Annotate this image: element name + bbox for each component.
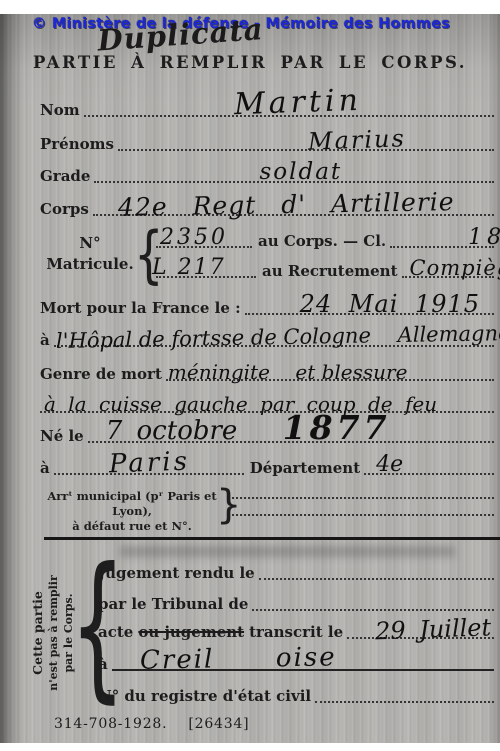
label-matricule-line2: Matricule. bbox=[42, 254, 138, 275]
field-row-matricule-corps: 2350 au Corps. — Cl. 1897 bbox=[152, 227, 494, 249]
label-grade: Grade bbox=[40, 169, 90, 184]
label-jugement: Jugement rendu le bbox=[98, 566, 255, 581]
arrondissement-brace: } bbox=[216, 486, 241, 524]
label-acte: acte bbox=[98, 625, 133, 640]
value-annee-naissance: 1877 bbox=[283, 411, 391, 444]
value-nom: Martin bbox=[233, 86, 362, 120]
label-au-recrutement: au Recrutement bbox=[262, 264, 398, 279]
label-a-naissance: à bbox=[40, 461, 50, 476]
label-matricule: N° Matricule. bbox=[42, 233, 138, 275]
side-note-line2: n'est pas à remplir bbox=[47, 558, 62, 708]
value-departement: 4e bbox=[376, 454, 403, 476]
value-lieu-transcription: Creil oise bbox=[140, 644, 337, 673]
value-lieu-naissance: Paris bbox=[108, 449, 190, 478]
field-row-transcription: acte ou jugement transcrit le 29 Juillet… bbox=[98, 618, 494, 640]
dotted-line: L 217 bbox=[156, 276, 256, 278]
dotted-line: 2350 bbox=[156, 246, 252, 248]
dotted-line: 24 Mai 1915 bbox=[245, 313, 494, 315]
dotted-line: Marius bbox=[118, 149, 494, 151]
value-date-deces: 24 Mai 1915 bbox=[300, 292, 480, 316]
value-date-naissance: 7 octobre bbox=[106, 418, 238, 444]
label-arrondissement-line1: Arrᵗ municipal (pʳ Paris et Lyon), bbox=[42, 489, 222, 519]
label-au-corps: au Corps. — Cl. bbox=[258, 234, 386, 249]
dotted-line: 7 octobre 1877 bbox=[88, 441, 494, 443]
print-reference: 314-708-1928. [26434] bbox=[54, 716, 249, 732]
field-row-lieu-naissance: à Paris Département 4e bbox=[40, 454, 494, 476]
dotted-line bbox=[232, 497, 494, 499]
field-row-prenoms: Prénoms Marius bbox=[40, 130, 494, 152]
label-arrondissement: Arrᵗ municipal (pʳ Paris et Lyon), à déf… bbox=[42, 489, 222, 534]
field-row-lieu-transcription: à Creil oise bbox=[98, 650, 494, 672]
dotted-line: Paris bbox=[54, 473, 244, 475]
field-row-matricule-recrutement: L 217 au Recrutement Compiègne bbox=[152, 257, 494, 279]
field-row-grade: Grade soldat bbox=[40, 162, 494, 184]
field-row-mort: Mort pour la France le : 24 Mai 1915 bbox=[40, 294, 494, 316]
side-note-line1: Cette partie bbox=[30, 558, 47, 708]
value-date-transcription: 29 Juillet 1919 bbox=[375, 613, 500, 644]
dotted-line: 1897 bbox=[390, 246, 494, 248]
label-registre: N° du registre d'état civil bbox=[98, 689, 311, 704]
label-tribunal: par le Tribunal de bbox=[98, 597, 248, 612]
dotted-line: Compiègne bbox=[402, 276, 494, 278]
dotted-line: méningite et blessure bbox=[166, 379, 494, 381]
label-ne-le: Né le bbox=[40, 429, 84, 444]
label-arrondissement-line2: à défaut rue et N°. bbox=[42, 519, 222, 534]
dotted-line: 42e Regt d' Artillerie bbox=[93, 214, 494, 216]
value-lieu-recrutement: Compiègne bbox=[410, 258, 500, 279]
value-genre-mort: méningite et blessure bbox=[168, 362, 408, 382]
label-corps: Corps bbox=[40, 202, 89, 217]
dotted-line: 4e bbox=[364, 473, 494, 475]
value-lieu-deces: l'Hôpal de fortsse de Cologne Allemagne bbox=[56, 323, 500, 352]
field-row-genre-mort: Genre de mort méningite et blessure bbox=[40, 360, 494, 382]
dotted-line: à la cuisse gauche par coup de feu bbox=[40, 411, 494, 413]
value-prenoms: Marius bbox=[308, 126, 407, 153]
solid-line: Creil oise bbox=[112, 669, 494, 671]
label-mort: Mort pour la France le : bbox=[40, 301, 241, 316]
form-title: PARTIE À REMPLIR PAR LE CORPS. bbox=[0, 53, 500, 72]
label-nom: Nom bbox=[40, 103, 80, 118]
label-transcrit-le: transcrit le bbox=[249, 625, 343, 640]
dotted-line: Martin bbox=[84, 115, 494, 117]
field-row-jugement: Jugement rendu le bbox=[98, 559, 494, 581]
scan-edge-shadow-left bbox=[0, 14, 22, 743]
value-matricule-corps: 2350 bbox=[160, 227, 228, 249]
label-departement: Département bbox=[250, 461, 360, 476]
field-row-nom: Nom Martin bbox=[40, 96, 494, 118]
dotted-line bbox=[259, 578, 494, 580]
dotted-line: soldat bbox=[94, 181, 494, 183]
label-prenoms: Prénoms bbox=[40, 137, 114, 152]
dotted-line bbox=[232, 514, 494, 516]
value-corps: 42e Regt d' Artillerie bbox=[118, 189, 455, 220]
value-grade: soldat bbox=[259, 161, 342, 184]
label-genre-mort: Genre de mort bbox=[40, 367, 162, 382]
death-record-scan: © Ministère de la défense - Mémoire des … bbox=[0, 0, 500, 751]
label-a-deces: à bbox=[40, 333, 50, 348]
field-row-corps: Corps 42e Regt d' Artillerie bbox=[40, 195, 494, 217]
dotted-line: 29 Juillet 1919 bbox=[347, 637, 494, 639]
field-row-tribunal: par le Tribunal de bbox=[98, 590, 494, 612]
label-matricule-line1: N° bbox=[42, 233, 138, 254]
label-ou-jugement-struck: ou jugement bbox=[138, 625, 244, 640]
field-row-ne-le: Né le 7 octobre 1877 bbox=[40, 422, 494, 444]
label-a-transcription: à bbox=[98, 657, 108, 672]
value-classe: 1897 bbox=[468, 227, 500, 249]
field-row-lieu-deces: à l'Hôpal de fortsse de Cologne Allemagn… bbox=[40, 326, 494, 348]
field-row-registre: N° du registre d'état civil bbox=[98, 682, 494, 704]
dotted-line bbox=[315, 701, 494, 703]
field-row-genre-mort-suite: à la cuisse gauche par coup de feu bbox=[40, 392, 494, 414]
dotted-line bbox=[252, 609, 494, 611]
dotted-line: l'Hôpal de fortsse de Cologne Allemagne bbox=[54, 345, 494, 347]
value-matricule-recrutement: L 217 bbox=[152, 257, 226, 279]
